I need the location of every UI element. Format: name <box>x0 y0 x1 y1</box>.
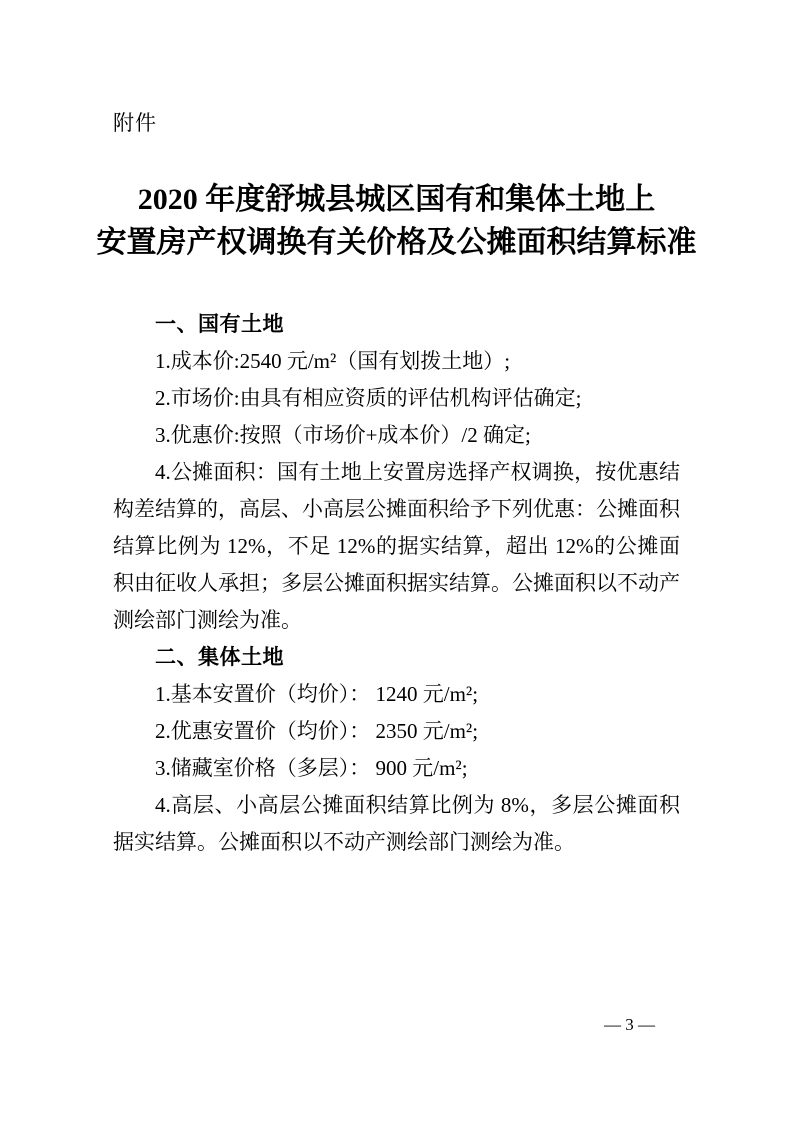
document-page: 附件 2020 年度舒城县城区国有和集体土地上 安置房产权调换有关价格及公摊面积… <box>0 0 793 1122</box>
state-owned-land-item-cost-price: 1.成本价:2540 元/m²（国有划拨土地）; <box>113 343 680 380</box>
page-number: — 3 — <box>604 1014 655 1036</box>
document-title-line1: 2020 年度舒城县城区国有和集体土地上 <box>0 178 793 221</box>
document-body: 一、国有土地 1.成本价:2540 元/m²（国有划拨土地）; 2.市场价:由具… <box>113 306 680 861</box>
collective-land-item-basic-price: 1.基本安置价（均价）： 1240 元/m²; <box>113 676 680 713</box>
state-owned-land-item-market-price: 2.市场价:由具有相应资质的评估机构评估确定; <box>113 380 680 417</box>
collective-land-item-shared-area: 4.高层、小高层公摊面积结算比例为 8%，多层公摊面积据实结算。公摊面积以不动产… <box>113 787 680 861</box>
section-collective-land-heading: 二、集体土地 <box>113 639 680 676</box>
state-owned-land-item-shared-area: 4.公摊面积：国有土地上安置房选择产权调换，按优惠结构差结算的，高层、小高层公摊… <box>113 454 680 639</box>
document-title: 2020 年度舒城县城区国有和集体土地上 安置房产权调换有关价格及公摊面积结算标… <box>0 178 793 264</box>
collective-land-item-storage-price: 3.储藏室价格（多层）： 900 元/m²; <box>113 750 680 787</box>
document-title-line2: 安置房产权调换有关价格及公摊面积结算标准 <box>0 221 793 264</box>
attachment-label: 附件 <box>113 110 157 137</box>
collective-land-item-discount-price: 2.优惠安置价（均价）： 2350 元/m²; <box>113 713 680 750</box>
section-state-owned-land-heading: 一、国有土地 <box>113 306 680 343</box>
state-owned-land-item-discount-price: 3.优惠价:按照（市场价+成本价）/2 确定; <box>113 417 680 454</box>
